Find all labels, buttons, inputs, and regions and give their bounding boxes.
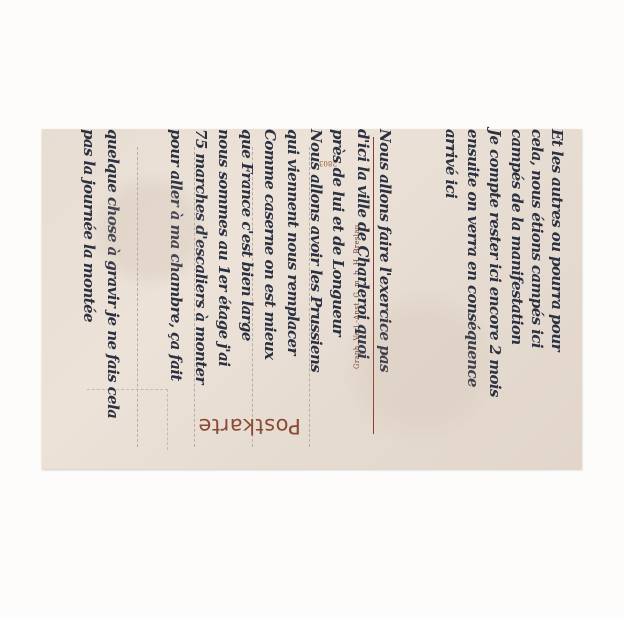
postcard: Graph. Verl.-Anst. G. m. b. H. Breslau 2… [42, 129, 582, 469]
handwriting-line: nous sommes au 1er étage j'ai [233, 129, 253, 469]
handwriting-line: pour aller à ma chambre, ça fait [185, 129, 205, 469]
handwriting-line: près de lui et de Longueur [347, 129, 367, 469]
handwriting-line: d'ici la ville de Charleroi quoi [372, 129, 392, 469]
handwriting-line: cela, nous étions campés ici [546, 129, 566, 469]
handwriting-line: qui viennent nous remplacer [302, 129, 322, 469]
handwriting-line: pas la journée la montée [98, 129, 118, 469]
handwriting-line: ensuite on verra en conséquence [482, 129, 502, 469]
handwriting-line: Nous allons faire l'exercice pas [394, 129, 414, 469]
handwriting-line: que France c'est bien large [256, 129, 276, 469]
handwriting-line: Comme caserne on est mieux [279, 129, 299, 469]
handwriting-line: Je compte rester ici encore 2 mois [504, 129, 524, 469]
handwriting-line: 75 marches d'escaliers à monter [210, 129, 230, 469]
handwriting-line: campés de la manifestation [526, 129, 546, 469]
handwriting-line: Nous allons avoir les Prussiens [325, 129, 345, 469]
handwriting-line: Et les autres ou pourra pour [566, 129, 586, 469]
handwriting-line: quelque chose à gravir je ne fais cela [122, 129, 142, 469]
handwriting-line: arrivé ici [460, 129, 480, 469]
